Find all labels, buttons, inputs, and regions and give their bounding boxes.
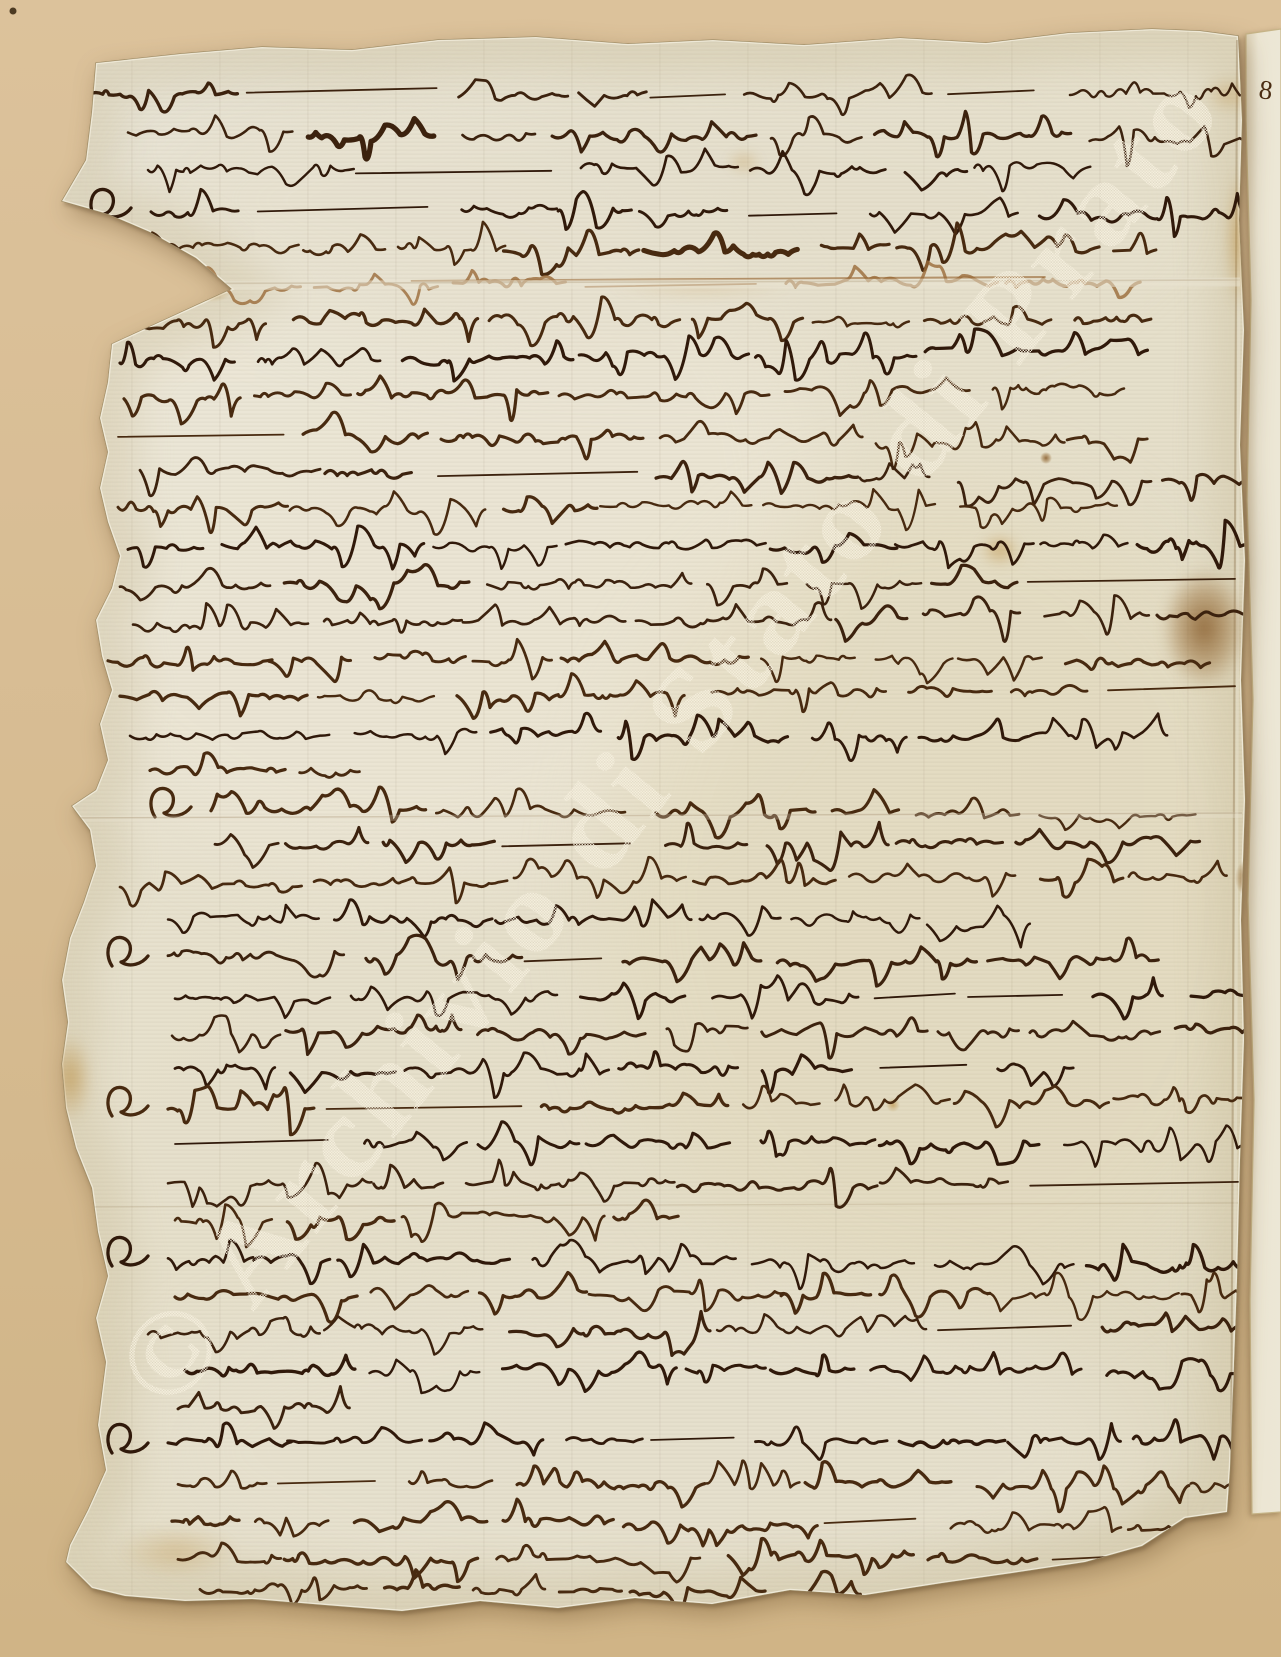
fox-spot-3 xyxy=(980,534,1020,566)
stain-right-edge xyxy=(1162,568,1246,688)
scan-background: 8 xyxy=(0,0,1281,1657)
tear-lip-smear xyxy=(194,286,230,302)
scan-speck xyxy=(10,8,17,15)
stain-left-edge xyxy=(48,1034,92,1122)
fox-spot-2 xyxy=(886,1098,900,1112)
second-sheet-paper xyxy=(1246,29,1281,1514)
stain-bottom-left xyxy=(114,1526,238,1578)
stain-top xyxy=(727,151,761,173)
manuscript-scan: 8 xyxy=(0,0,1281,1657)
second-sheet-edge: 8 xyxy=(1246,29,1281,1514)
fox-spot-1 xyxy=(1040,452,1052,464)
main-sheet: © Archivio di Stato di Prato xyxy=(0,20,1281,1650)
